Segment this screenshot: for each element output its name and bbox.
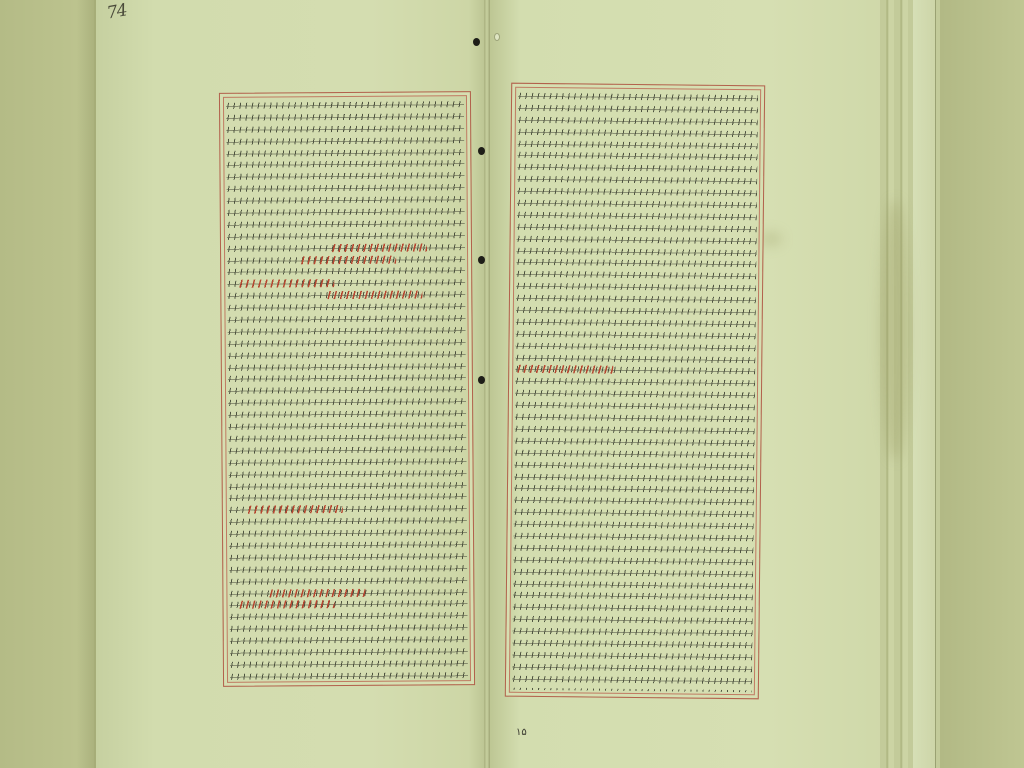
folio-number: 74 [105,0,128,23]
right-text-lines [512,90,758,692]
table-surface-left [0,0,96,768]
manuscript-text-line [512,684,752,692]
page-mark: ۱۵ [516,727,527,738]
binding-hole [478,147,485,155]
table-surface-right [935,0,1024,768]
manuscript-text-line [230,669,468,680]
left-text-lines [226,98,468,680]
last-leaf-edge [913,0,936,768]
binding-hole [473,38,480,46]
right-text-block [505,83,765,700]
water-stain [880,200,910,460]
binding-hole-small [494,33,500,41]
book-gutter [484,0,490,768]
binding-hole [478,376,485,384]
binding-hole [478,256,485,264]
left-text-block [219,91,475,687]
